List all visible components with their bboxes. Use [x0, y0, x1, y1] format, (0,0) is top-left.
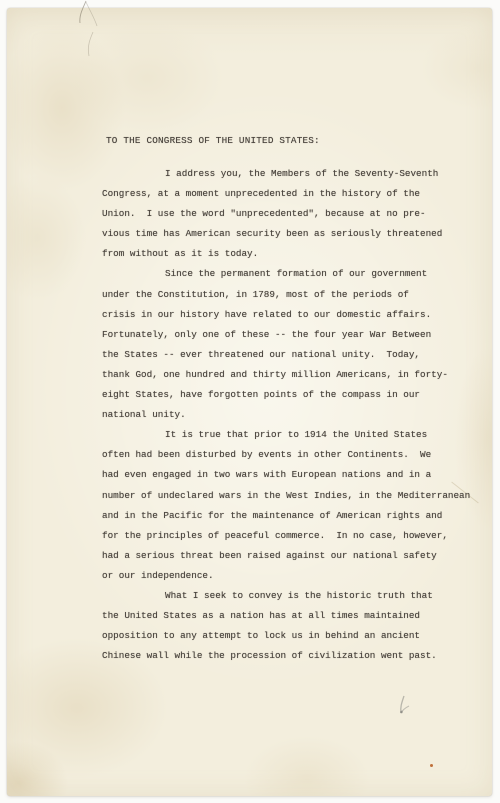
text-line: I address you, the Members of the Sevent… — [102, 164, 487, 184]
text-line: What I seek to convey is the historic tr… — [102, 586, 487, 606]
document-lines: I address you, the Members of the Sevent… — [102, 164, 487, 666]
text-line: had a serious threat been raised against… — [102, 546, 487, 566]
text-line: It is true that prior to 1914 the United… — [102, 425, 487, 445]
text-line: had even engaged in two wars with Europe… — [102, 465, 487, 485]
text-line: crisis in our history have related to ou… — [102, 305, 487, 325]
text-line: and in the Pacific for the maintenance o… — [102, 506, 487, 526]
text-line: Chinese wall while the procession of civ… — [102, 646, 487, 666]
text-line: the States -- ever threatened our nation… — [102, 345, 487, 365]
text-line: vious time has American security been as… — [102, 224, 487, 244]
text-line: Since the permanent formation of our gov… — [102, 264, 487, 284]
typed-text-block: TO THE CONGRESS OF THE UNITED STATES: I … — [102, 131, 487, 666]
ink-speck — [430, 764, 433, 767]
text-line: often had been disturbed by events in ot… — [102, 445, 487, 465]
text-line: for the principles of peaceful commerce.… — [102, 526, 487, 546]
text-line: Congress, at a moment unprecedented in t… — [102, 184, 487, 204]
text-line: Union. I use the word "unprecedented", b… — [102, 204, 487, 224]
scanned-document-view: TO THE CONGRESS OF THE UNITED STATES: I … — [0, 0, 500, 803]
text-line: or our independence. — [102, 566, 487, 586]
text-line: national unity. — [102, 405, 487, 425]
text-line: Fortunately, only one of these -- the fo… — [102, 325, 487, 345]
text-line: under the Constitution, in 1789, most of… — [102, 285, 487, 305]
text-line: opposition to any attempt to lock us in … — [102, 626, 487, 646]
text-line: number of undeclared wars in the West In… — [102, 486, 487, 506]
text-line: from without as it is today. — [102, 244, 487, 264]
text-line: the United States as a nation has at all… — [102, 606, 487, 626]
text-line: eight States, have forgotten points of t… — [102, 385, 487, 405]
salutation-line: TO THE CONGRESS OF THE UNITED STATES: — [102, 131, 487, 151]
text-line: thank God, one hundred and thirty millio… — [102, 365, 487, 385]
